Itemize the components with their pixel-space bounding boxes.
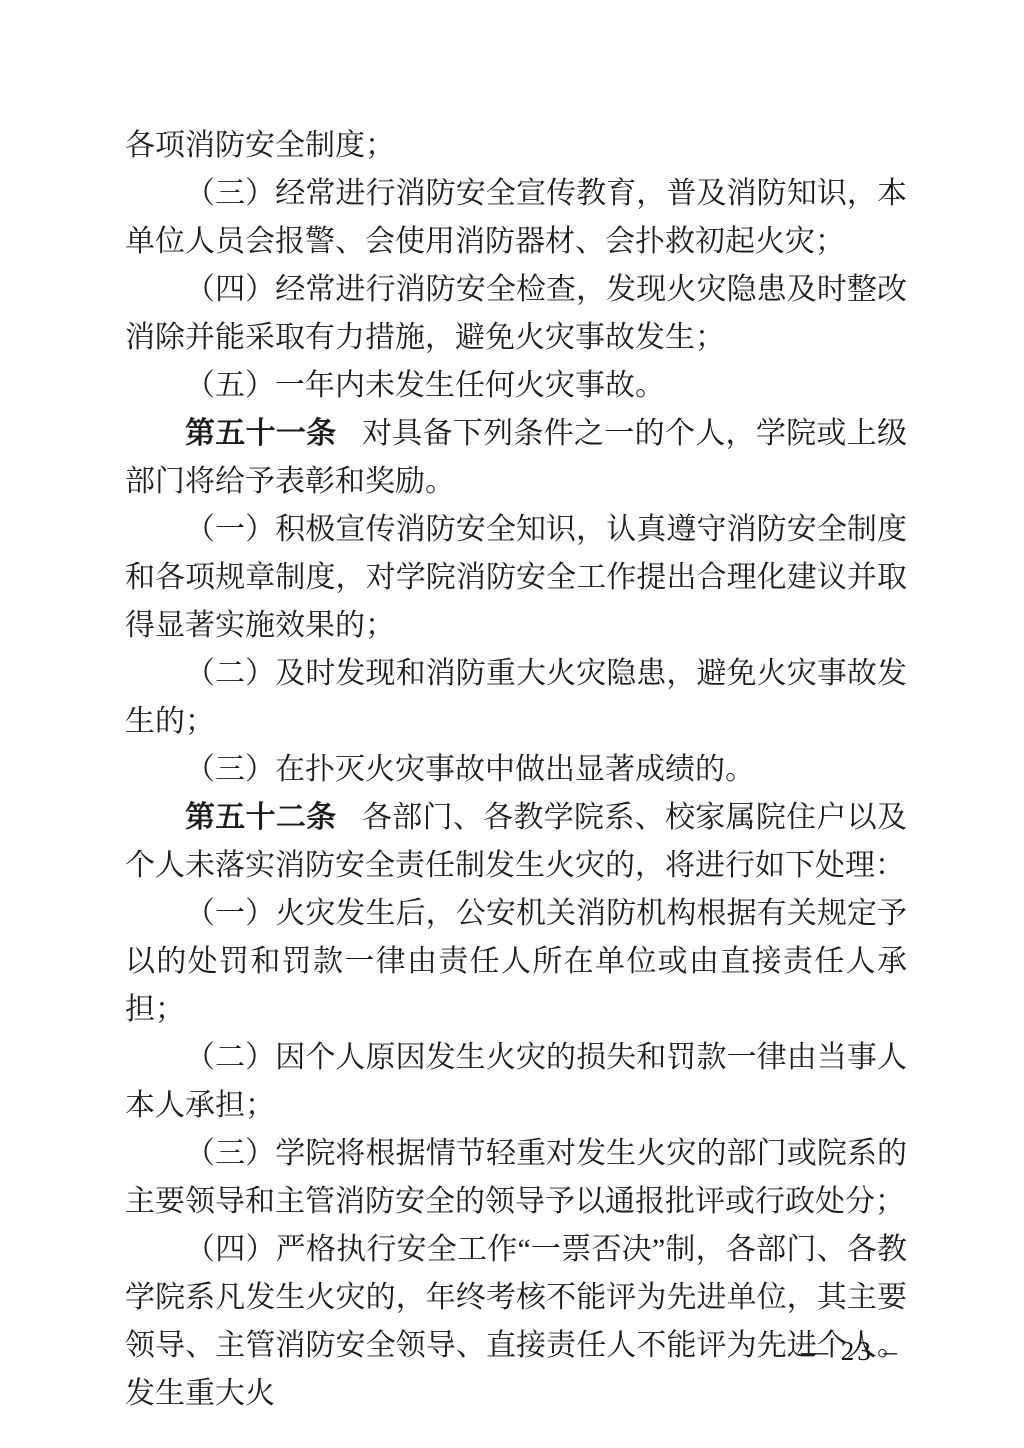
page-number: — 23 – bbox=[801, 1336, 900, 1367]
paragraph: （三）在扑灭火灾事故中做出显著成绩的。 bbox=[125, 746, 907, 794]
paragraph-article-51: 第五十一条对具备下列条件之一的个人，学院或上级部门将给予表彰和奖励。 bbox=[125, 410, 907, 506]
paragraph: （一）火灾发生后，公安机关消防机构根据有关规定予以的处罚和罚款一律由责任人所在单… bbox=[125, 890, 907, 1034]
document-body: 各项消防安全制度； （三）经常进行消防安全宣传教育，普及消防知识，本单位人员会报… bbox=[125, 122, 907, 1418]
paragraph: （二）因个人原因发生火灾的损失和罚款一律由当事人本人承担； bbox=[125, 1034, 907, 1130]
paragraph: （二）及时发现和消防重大火灾隐患，避免火灾事故发生的； bbox=[125, 650, 907, 746]
paragraph-article-52: 第五十二条各部门、各教学院系、校家属院住户以及个人未落实消防安全责任制发生火灾的… bbox=[125, 794, 907, 890]
paragraph: （五）一年内未发生任何火灾事故。 bbox=[125, 362, 907, 410]
article-number-heading: 第五十二条 bbox=[185, 801, 336, 834]
paragraph: （三）学院将根据情节轻重对发生火灾的部门或院系的主要领导和主管消防安全的领导予以… bbox=[125, 1130, 907, 1226]
paragraph: （四）经常进行消防安全检查，发现火灾隐患及时整改消除并能采取有力措施，避免火灾事… bbox=[125, 266, 907, 362]
paragraph: （四）严格执行安全工作“一票否决”制，各部门、各教学院系凡发生火灾的，年终考核不… bbox=[125, 1226, 907, 1418]
document-page: 各项消防安全制度； （三）经常进行消防安全宣传教育，普及消防知识，本单位人员会报… bbox=[0, 0, 1024, 1448]
paragraph: （三）经常进行消防安全宣传教育，普及消防知识，本单位人员会报警、会使用消防器材、… bbox=[125, 170, 907, 266]
paragraph: （一）积极宣传消防安全知识，认真遵守消防安全制度和各项规章制度，对学院消防安全工… bbox=[125, 506, 907, 650]
article-number-heading: 第五十一条 bbox=[185, 417, 336, 450]
paragraph: 各项消防安全制度； bbox=[125, 122, 907, 170]
